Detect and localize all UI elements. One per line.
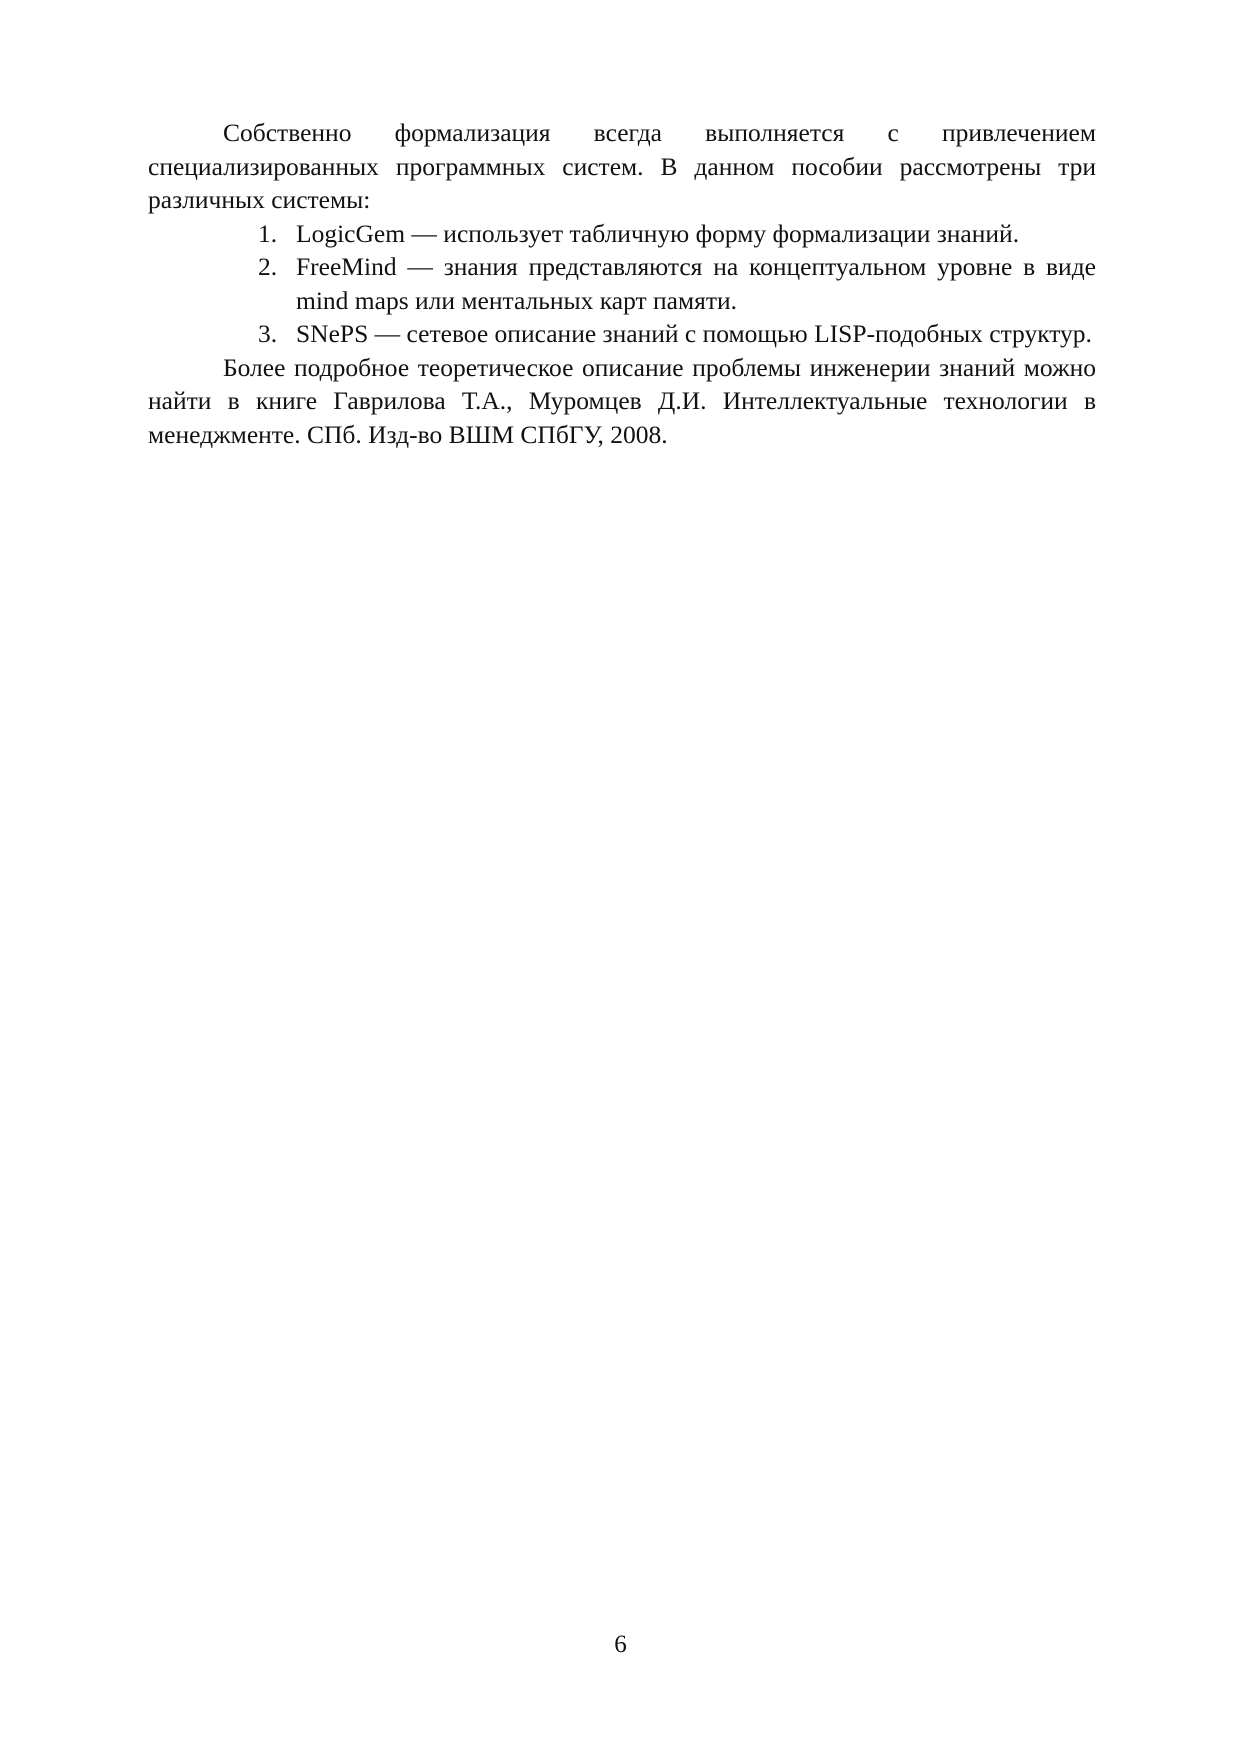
- list-item-number: 3.: [258, 317, 277, 351]
- list-item-number: 1.: [258, 217, 277, 251]
- closing-paragraph: Более подробное теоретическое описание п…: [148, 351, 1096, 452]
- page-body: Собственно формализация всегда выполняет…: [148, 116, 1096, 451]
- page-number: 6: [0, 1630, 1241, 1660]
- list-item: 1. LogicGem — использует табличную форму…: [296, 217, 1096, 251]
- list-item: 2. FreeMind — знания представляются на к…: [296, 250, 1096, 317]
- list-item: 3. SNePS — сетевое описание знаний с пом…: [296, 317, 1096, 351]
- intro-paragraph: Собственно формализация всегда выполняет…: [148, 116, 1096, 217]
- list-item-text: LogicGem — использует табличную форму фо…: [296, 219, 1019, 248]
- list-item-number: 2.: [258, 250, 277, 284]
- systems-list: 1. LogicGem — использует табличную форму…: [148, 217, 1096, 351]
- list-item-text: SNePS — сетевое описание знаний с помощь…: [296, 319, 1092, 348]
- list-item-text: FreeMind — знания представляются на конц…: [296, 252, 1096, 315]
